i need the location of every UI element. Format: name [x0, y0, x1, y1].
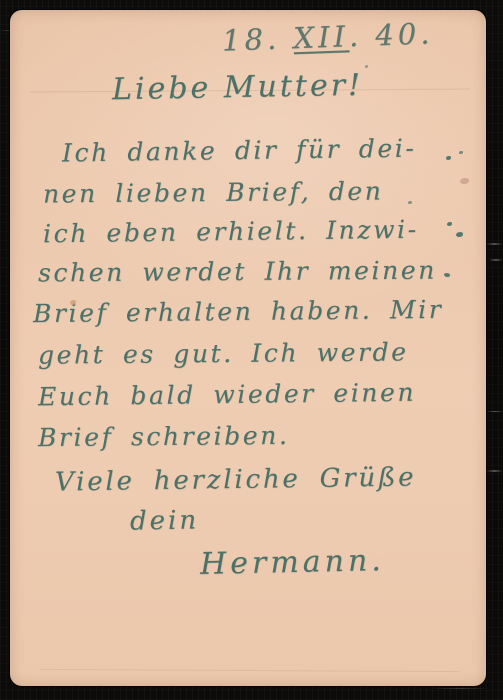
ink-speck — [460, 178, 469, 184]
body-line: Euch bald wieder einen — [38, 378, 416, 412]
mat-scratch — [486, 470, 503, 472]
date-day: 18. — [221, 22, 280, 58]
ink-speck — [446, 156, 451, 160]
body-line: Brief schreiben. — [38, 421, 290, 452]
paper-crease — [40, 669, 460, 672]
signature: Hermann. — [200, 543, 385, 582]
mat-scratch — [487, 411, 503, 412]
ink-speck — [408, 201, 412, 204]
mat-scratch — [486, 243, 503, 245]
ink-speck — [443, 272, 450, 278]
body-line: nen lieben Brief, den — [43, 177, 384, 209]
postcard: 18. XII. 40. Liebe Mutter! Ich danke dir… — [10, 10, 486, 686]
photo-background: 18. XII. 40. Liebe Mutter! Ich danke dir… — [0, 0, 503, 700]
ink-speck — [459, 151, 463, 154]
ink-speck — [456, 232, 463, 237]
mat-scratch — [430, 688, 490, 689]
body-line: ich eben erhielt. Inzwi- — [43, 215, 419, 249]
date-line: 18. XII. 40. — [221, 16, 434, 57]
date-month-roman: XII — [293, 19, 350, 55]
ink-speck — [447, 222, 452, 226]
body-line: schen werdet Ihr meinen — [38, 256, 437, 288]
date-year: . 40. — [348, 16, 434, 53]
body-line: Brief erhalten haben. Mir — [33, 295, 444, 328]
closing-pronoun: dein — [130, 505, 200, 536]
closing-line: Viele herzliche Grüße — [55, 462, 417, 497]
mat-scratch — [489, 259, 503, 261]
salutation: Liebe Mutter! — [112, 68, 364, 107]
body-line: Ich danke dir für dei- — [62, 134, 417, 168]
ink-speck — [365, 65, 368, 68]
body-line: geht es gut. Ich werde — [38, 337, 409, 369]
